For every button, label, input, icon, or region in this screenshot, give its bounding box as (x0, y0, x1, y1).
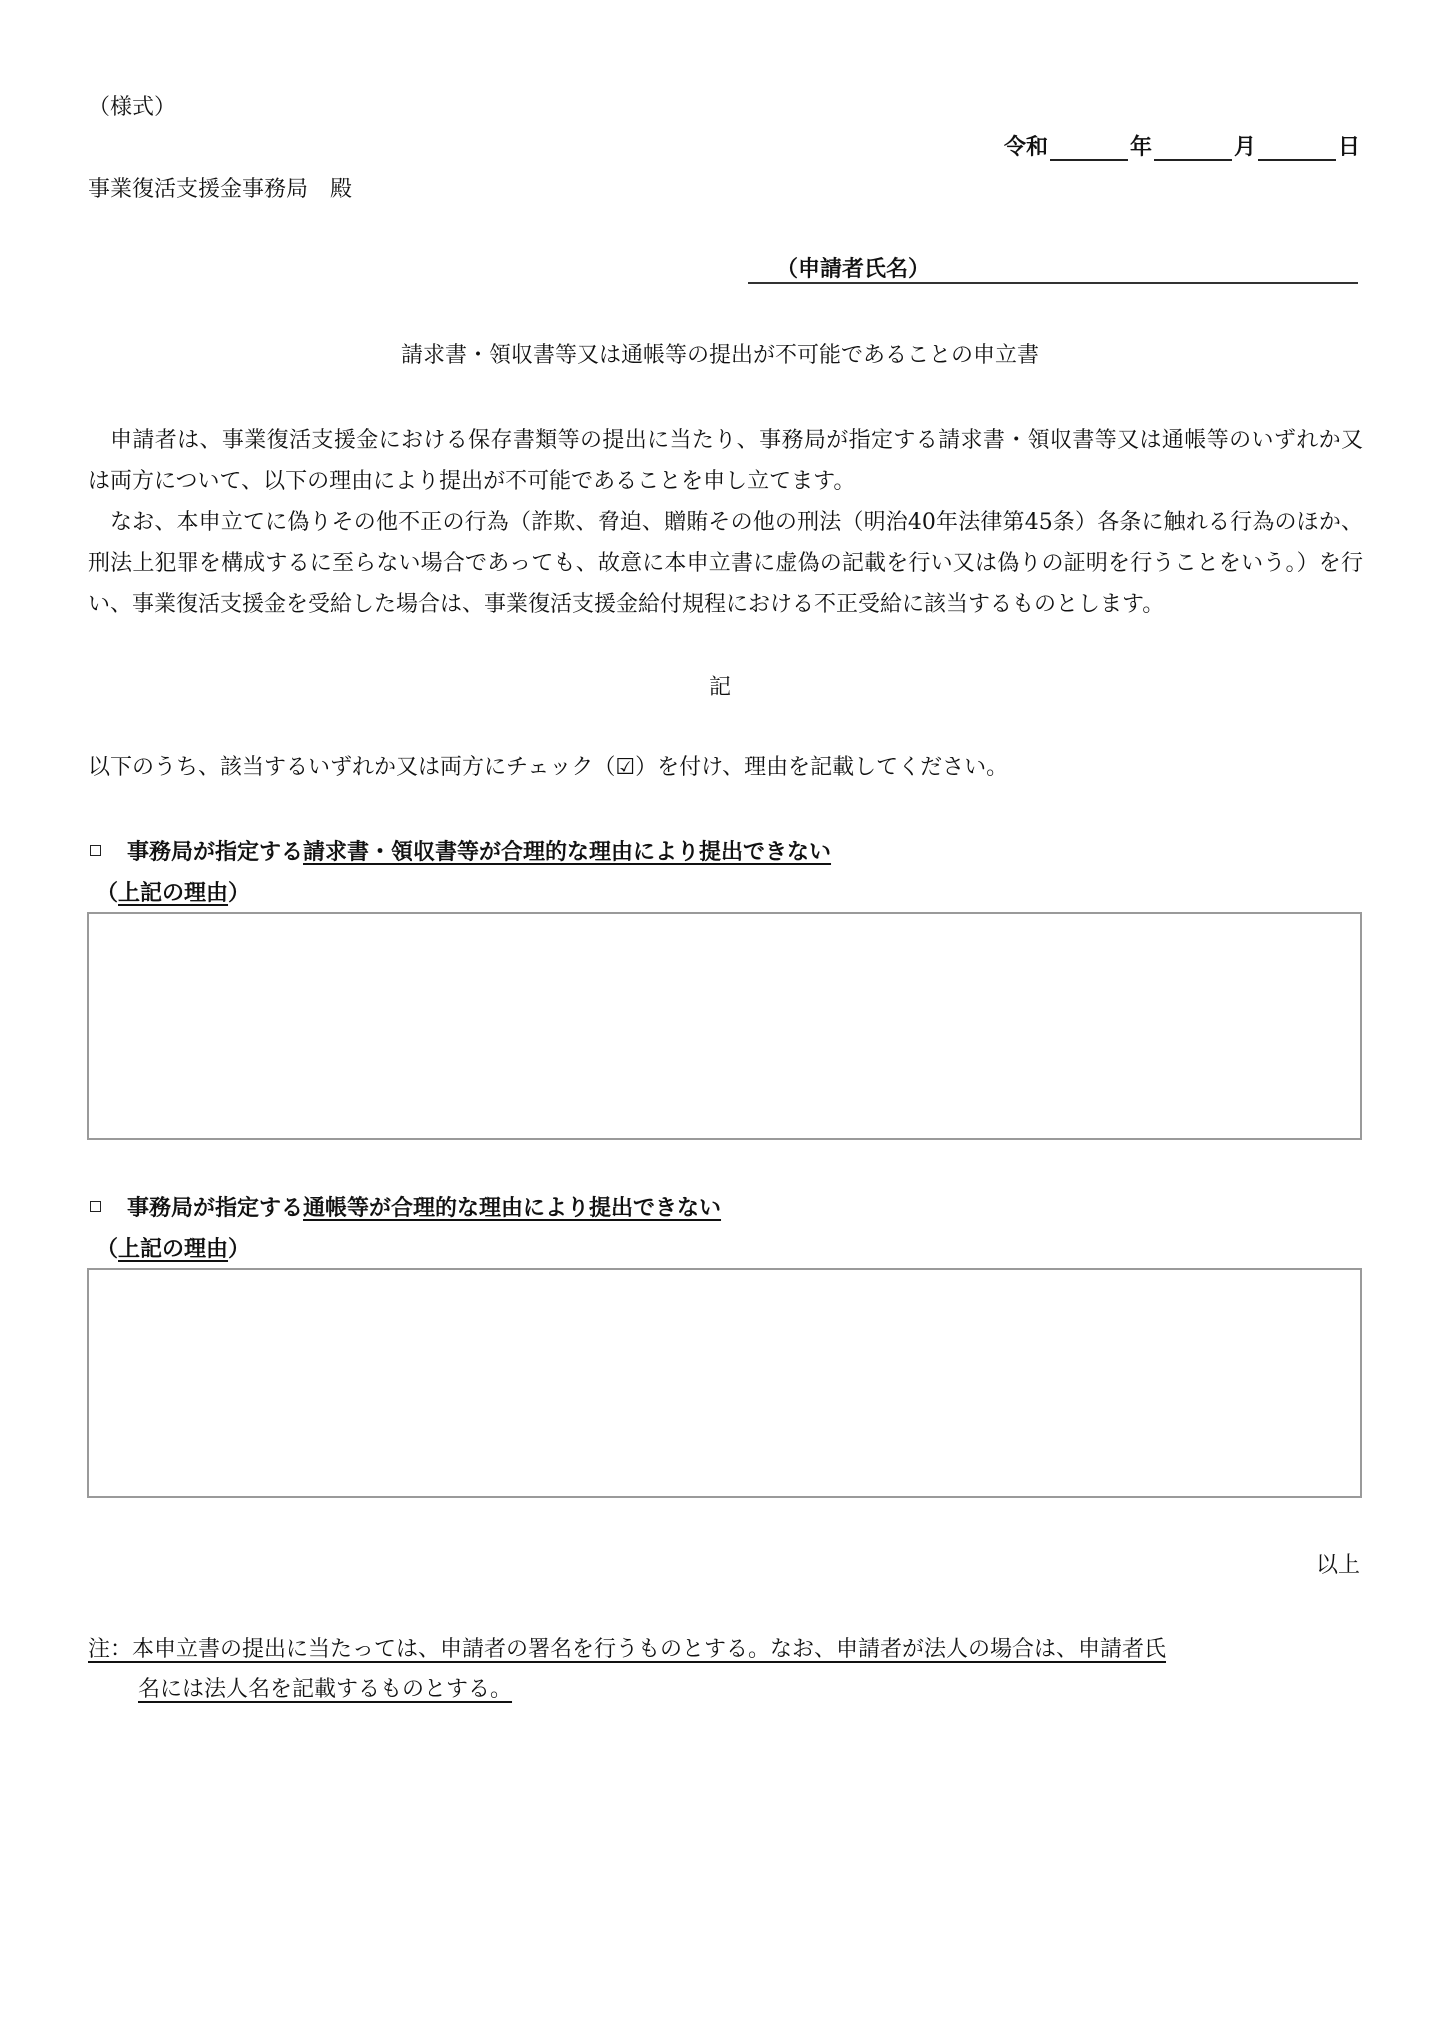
checkbox-passbook[interactable] (90, 1201, 101, 1212)
addressee: 事業復活支援金事務局 殿 (88, 172, 352, 203)
footnote-line-1: 注：本申立書の提出に当たっては、申請者の署名を行うものとする。なお、申請者が法人… (88, 1637, 1166, 1662)
reason-label-passbook: （上記の理由） (96, 1232, 250, 1263)
ki-heading: 記 (0, 670, 1440, 701)
footnote: 注：本申立書の提出に当たっては、申請者の署名を行うものとする。なお、申請者が法人… (88, 1630, 1166, 1710)
paren-open: （ (96, 880, 118, 906)
date-year-input[interactable] (1050, 135, 1128, 161)
checkbox-item-passbook[interactable]: 事務局が指定する 通帳等が合理的な理由により提出できない (88, 1191, 721, 1222)
date-day-input[interactable] (1258, 135, 1336, 161)
checkbox-invoice[interactable] (90, 845, 101, 856)
date-day-label: 日 (1338, 130, 1360, 161)
reason-label-text: 上記の理由 (118, 880, 228, 906)
declaration-body: 申請者は、事業復活支援金における保存書類等の提出に当たり、事務局が指定する請求書… (88, 420, 1363, 625)
checkbox-item-invoice[interactable]: 事務局が指定する 請求書・領収書等が合理的な理由により提出できない (88, 835, 831, 866)
paren-close: ） (228, 1236, 250, 1262)
reason-label-invoice: （上記の理由） (96, 876, 250, 907)
closing-mark: 以上 (1316, 1548, 1360, 1579)
paren-close: ） (228, 880, 250, 906)
applicant-name-field[interactable]: （申請者氏名） (748, 252, 1358, 284)
document-title: 請求書・領収書等又は通帳等の提出が不可能であることの申立書 (0, 338, 1440, 369)
declaration-paragraph: 申請者は、事業復活支援金における保存書類等の提出に当たり、事務局が指定する請求書… (88, 420, 1363, 502)
item-prefix: 事務局が指定する (127, 1191, 303, 1222)
date-month-input[interactable] (1154, 135, 1232, 161)
item-condition: 請求書・領収書等が合理的な理由により提出できない (303, 835, 831, 866)
reason-textarea-invoice[interactable] (87, 912, 1362, 1140)
date-field-group: 令和 年 月 日 (1004, 130, 1360, 161)
date-month-label: 月 (1234, 130, 1256, 161)
footnote-line-2: 名には法人名を記載するものとする。 (138, 1677, 512, 1702)
declaration-paragraph: なお、本申立てに偽りその他不正の行為（詐欺、脅迫、贈賄その他の刑法（明治40年法… (88, 502, 1363, 625)
item-prefix: 事務局が指定する (127, 835, 303, 866)
reason-label-text: 上記の理由 (118, 1236, 228, 1262)
paren-open: （ (96, 1236, 118, 1262)
instruction-text: 以下のうち、該当するいずれか又は両方にチェック（☑）を付け、理由を記載してくださ… (88, 750, 1008, 781)
reason-textarea-passbook[interactable] (87, 1268, 1362, 1498)
item-condition: 通帳等が合理的な理由により提出できない (303, 1191, 721, 1222)
applicant-name-label: （申請者氏名） (748, 256, 930, 282)
form-label: （様式） (88, 90, 176, 121)
date-year-label: 年 (1130, 130, 1152, 161)
date-era: 令和 (1004, 130, 1048, 161)
